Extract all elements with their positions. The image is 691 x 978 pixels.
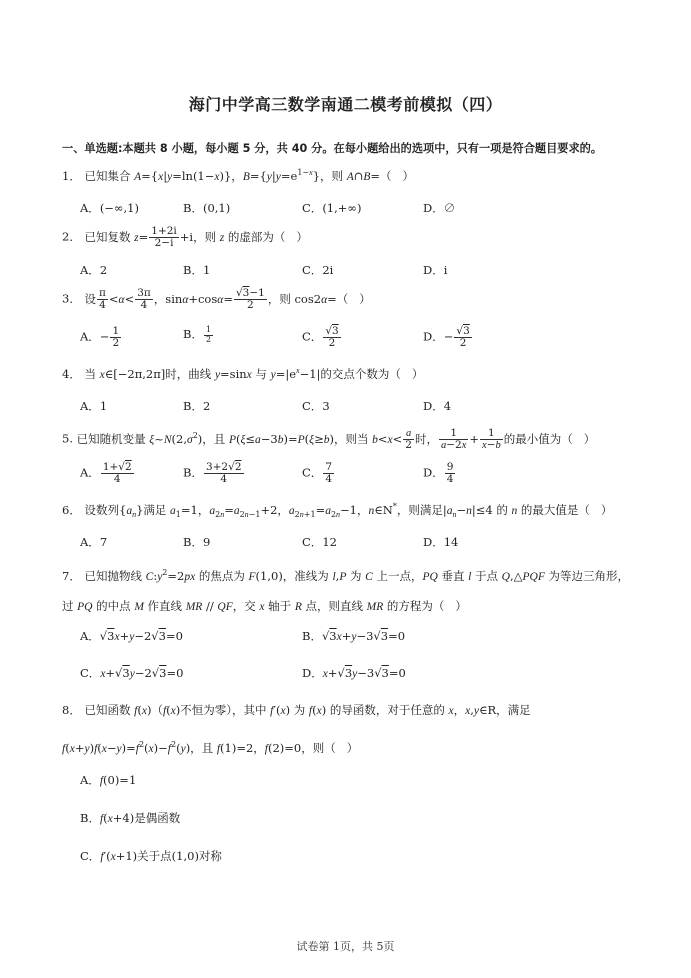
question-number: 1． [62,169,81,183]
option-8a[interactable]: A．f(0)=1 [80,772,136,788]
option-2a[interactable]: A．2 [80,262,107,278]
question-number: 2． [62,230,81,244]
option-6c[interactable]: C．12 [302,534,337,550]
question-5: 5. 已知随机变量 ξ~N(2,σ2)，且 P(ξ≤a−3b)=P(ξ≥b)，则… [62,428,595,451]
question-3: 3． 设π4<α<3π4，sinα+cosα=√3−12，则 cos2α=（ ） [62,288,371,311]
option-5a[interactable]: A．1+√24 [80,462,135,485]
option-1b[interactable]: B．(0,1) [183,200,230,216]
option-2c[interactable]: C．2i [302,262,333,278]
section-header: 一、单选题:本题共 8 小题，每小题 5 分，共 40 分。在每小题给出的选项中… [62,140,602,156]
option-2d[interactable]: D．i [423,262,447,278]
question-6: 6． 设数列{an}满足 a1=1，a2n=a2n−1+2，a2n+1=a2n−… [62,502,612,519]
question-text: 当 x∈[−2π,2π]时，曲线 y=sinx 与 y=|ex−1|的交点个数为… [84,367,423,381]
option-4a[interactable]: A．1 [80,398,107,414]
question-2: 2． 已知复数 z=1+2i2−i+i，则 z 的虚部为（ ） [62,226,308,249]
question-text: 已知随机变量 ξ~N(2,σ2)，且 P(ξ≤a−3b)=P(ξ≥b)，则当 b… [77,432,596,446]
option-3c[interactable]: C．√32 [302,326,342,349]
option-6a[interactable]: A．7 [80,534,107,550]
question-number: 3． [62,292,81,306]
question-text: 已知函数 f(x)（f(x)不恒为零），其中 f′(x) 为 f(x) 的导函数… [84,703,530,717]
option-1d[interactable]: D．∅ [423,200,455,216]
option-6d[interactable]: D．14 [423,534,458,550]
question-number: 8． [62,703,81,717]
question-1: 1． 已知集合 A={x|y=ln(1−x)}，B={y|y=e1−x}，则 A… [62,168,414,184]
question-text: 设数列{an}满足 a1=1，a2n=a2n−1+2，a2n+1=a2n−1，n… [84,503,612,517]
option-2b[interactable]: B．1 [183,262,210,278]
question-7: 7． 已知抛物线 C:y2=2px 的焦点为 F(1,0)，准线为 l,P 为 … [62,568,629,584]
option-6b[interactable]: B．9 [183,534,210,550]
option-4d[interactable]: D．4 [423,398,451,414]
question-number: 6． [62,503,81,517]
option-3d[interactable]: D．−√32 [423,326,473,349]
document-title: 海门中学高三数学南通二模考前模拟（四） [0,92,691,115]
question-number: 5. [62,432,73,446]
option-4c[interactable]: C．3 [302,398,330,414]
option-7b[interactable]: B．√3x+y−3√3=0 [302,628,405,644]
option-7a[interactable]: A．√3x+y−2√3=0 [80,628,183,644]
option-1a[interactable]: A．(−∞,1) [80,200,139,216]
option-3a[interactable]: A．−12 [80,326,122,349]
option-3b[interactable]: B．12 [183,326,214,344]
option-7d[interactable]: D．x+√3y−3√3=0 [302,665,406,681]
question-4: 4． 当 x∈[−2π,2π]时，曲线 y=sinx 与 y=|ex−1|的交点… [62,366,423,382]
option-1c[interactable]: C．(1,+∞) [302,200,361,216]
option-5d[interactable]: D．94 [423,462,456,485]
option-7c[interactable]: C．x+√3y−2√3=0 [80,665,183,681]
option-5b[interactable]: B．3+2√24 [183,462,245,485]
question-number: 4． [62,367,81,381]
question-number: 7． [62,569,81,583]
option-8c[interactable]: C．f′(x+1)关于点(1,0)对称 [80,848,222,864]
option-4b[interactable]: B．2 [183,398,210,414]
question-7-line-2: 过 PQ 的中点 M 作直线 MR // QF，交 x 轴于 R 点，则直线 M… [62,598,467,614]
question-text: 设π4<α<3π4，sinα+cosα=√3−12，则 cos2α=（ ） [84,292,370,306]
option-8b[interactable]: B．f(x+4)是偶函数 [80,810,180,826]
question-8: 8． 已知函数 f(x)（f(x)不恒为零），其中 f′(x) 为 f(x) 的… [62,702,531,718]
exam-page: 海门中学高三数学南通二模考前模拟（四） 一、单选题:本题共 8 小题，每小题 5… [0,0,691,978]
option-5c[interactable]: C．74 [302,462,335,485]
question-text: 已知复数 z=1+2i2−i+i，则 z 的虚部为（ ） [84,230,307,244]
page-footer: 试卷第 1页，共 5页 [0,938,691,954]
question-text: 已知集合 A={x|y=ln(1−x)}，B={y|y=e1−x}，则 A∩B=… [84,169,414,183]
question-8-line-2: f(x+y)f(x−y)=f2(x)−f2(y)，且 f(1)=2，f(2)=0… [62,740,358,756]
question-text: 已知抛物线 C:y2=2px 的焦点为 F(1,0)，准线为 l,P 为 C 上… [84,569,629,583]
